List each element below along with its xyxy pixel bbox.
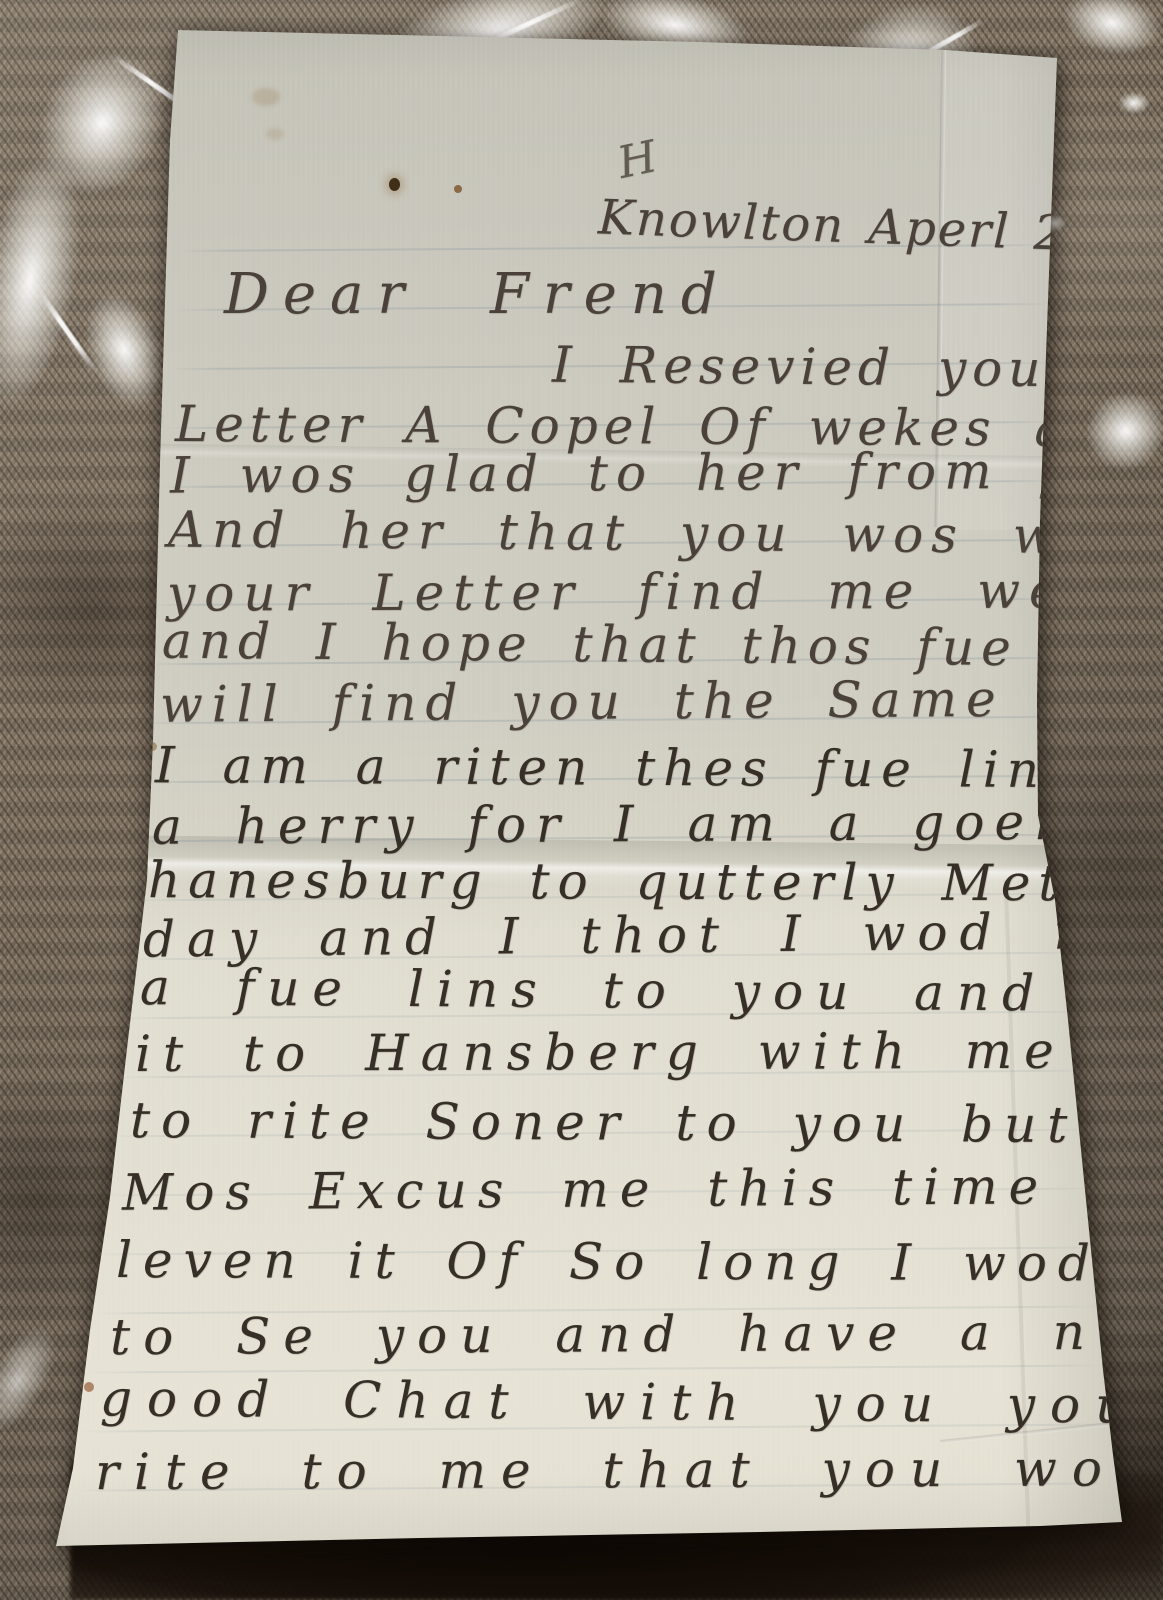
letter-line: I wos glad to her from you xyxy=(170,441,1156,504)
letter-line: and I hope that thos fue lins xyxy=(162,612,1163,679)
letter-photograph: H Knowlton Aperl 24 /63 Dear Frend I Res… xyxy=(0,0,1163,1600)
letter-line: I am a riten thes fue lins in xyxy=(155,736,1163,799)
letter-line: Mos Excus me this time for xyxy=(122,1156,1163,1222)
letter-line: And her that you wos well xyxy=(168,501,1150,566)
foxing-spot xyxy=(454,185,462,193)
letter-line: to Se you and have a nother xyxy=(110,1302,1163,1366)
foxing-spot xyxy=(84,1382,94,1392)
letter-line: leven it Of So long I wod like xyxy=(116,1231,1163,1293)
letter-line: to rite Soner to you but you xyxy=(130,1091,1163,1155)
ruled-line xyxy=(70,1541,1116,1550)
letter-line: a herry for I am a goen to xyxy=(152,792,1163,855)
ink-stain xyxy=(389,178,400,191)
letter-line: a fue lins to you and take xyxy=(140,958,1163,1024)
foxing-spot xyxy=(266,128,284,140)
letter-line: good Chat with you you xyxy=(100,1369,1143,1434)
letter-paper-wrap: H Knowlton Aperl 24 /63 Dear Frend I Res… xyxy=(0,0,1163,1600)
letter-paper: H Knowlton Aperl 24 /63 Dear Frend I Res… xyxy=(0,0,1163,1600)
letter-salutation: Dear Frend xyxy=(224,262,731,327)
foxing-spot xyxy=(252,88,280,106)
letter-line: rite to me that you wonted xyxy=(95,1439,1163,1501)
letter-line: it to Hansberg with me I ot xyxy=(135,1021,1163,1083)
letter-line: I Resevied your xyxy=(552,336,1077,399)
letter-line: will find you the Same Susay xyxy=(160,668,1163,734)
